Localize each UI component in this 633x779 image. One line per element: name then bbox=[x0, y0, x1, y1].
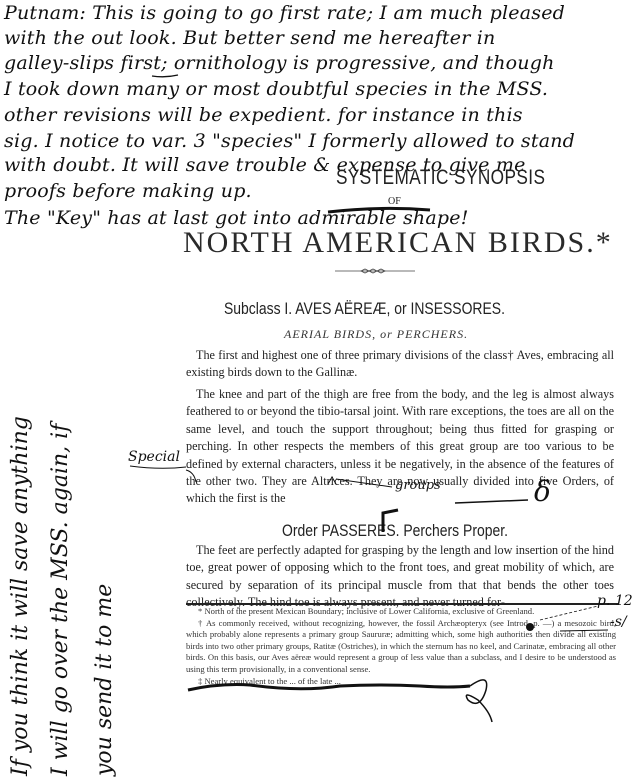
footnotes: * North of the present Mexican Boundary;… bbox=[186, 606, 616, 687]
annotation-s-mark: -s/ bbox=[610, 614, 627, 630]
footnote-1: * North of the present Mexican Boundary;… bbox=[186, 606, 616, 618]
subclass-heading: Subclass I. AVES AËREÆ, or INSESSORES. bbox=[224, 299, 505, 319]
paragraph-3: The feet are perfectly adapted for grasp… bbox=[186, 542, 614, 612]
handwritten-line: proofs before making up. bbox=[4, 180, 252, 202]
handwritten-line: with the out look. But better send me he… bbox=[4, 27, 495, 49]
handwritten-line: I took down many or most doubtful specie… bbox=[4, 78, 548, 100]
annotation-page-ref: p. 12 bbox=[597, 593, 633, 609]
handwritten-line: Putnam: This is going to go first rate; … bbox=[4, 2, 565, 24]
annotation-delete-mark: δ bbox=[534, 475, 551, 508]
footnote-2: † As commonly received, without recogniz… bbox=[186, 618, 616, 676]
subclass-subheading: AERIAL BIRDS, or PERCHERS. bbox=[284, 327, 468, 342]
title-or: OF bbox=[388, 196, 401, 207]
scanned-document-page: Putnam: This is going to go first rate; … bbox=[0, 0, 633, 779]
page-title: NORTH AMERICAN BIRDS.* bbox=[183, 226, 613, 260]
title-line-1: SYSTEMATIC SYNOPSIS bbox=[336, 166, 545, 190]
handwritten-line: other revisions will be expedient. for i… bbox=[4, 104, 523, 126]
margin-note-line: you send it to me bbox=[92, 584, 117, 776]
annotation-groups: groups bbox=[395, 478, 441, 493]
ornament-divider bbox=[335, 268, 415, 274]
annotation-special: Special bbox=[128, 449, 180, 465]
order-heading: Order PASSERES. Perchers Proper. bbox=[282, 521, 508, 541]
margin-note-line: If you think it will save anything bbox=[8, 416, 33, 776]
margin-note-line: I will go over the MSS. again, if bbox=[48, 424, 73, 776]
handwritten-line: sig. I notice to var. 3 "species" I form… bbox=[4, 130, 575, 152]
paragraph-1: The first and highest one of three prima… bbox=[186, 347, 614, 382]
footnote-3-struck: ‡ Nearly equivalent to the ... of the la… bbox=[186, 676, 616, 688]
handwritten-line: galley-slips first; ornithology is progr… bbox=[4, 52, 555, 74]
footnote-rule bbox=[186, 603, 618, 605]
